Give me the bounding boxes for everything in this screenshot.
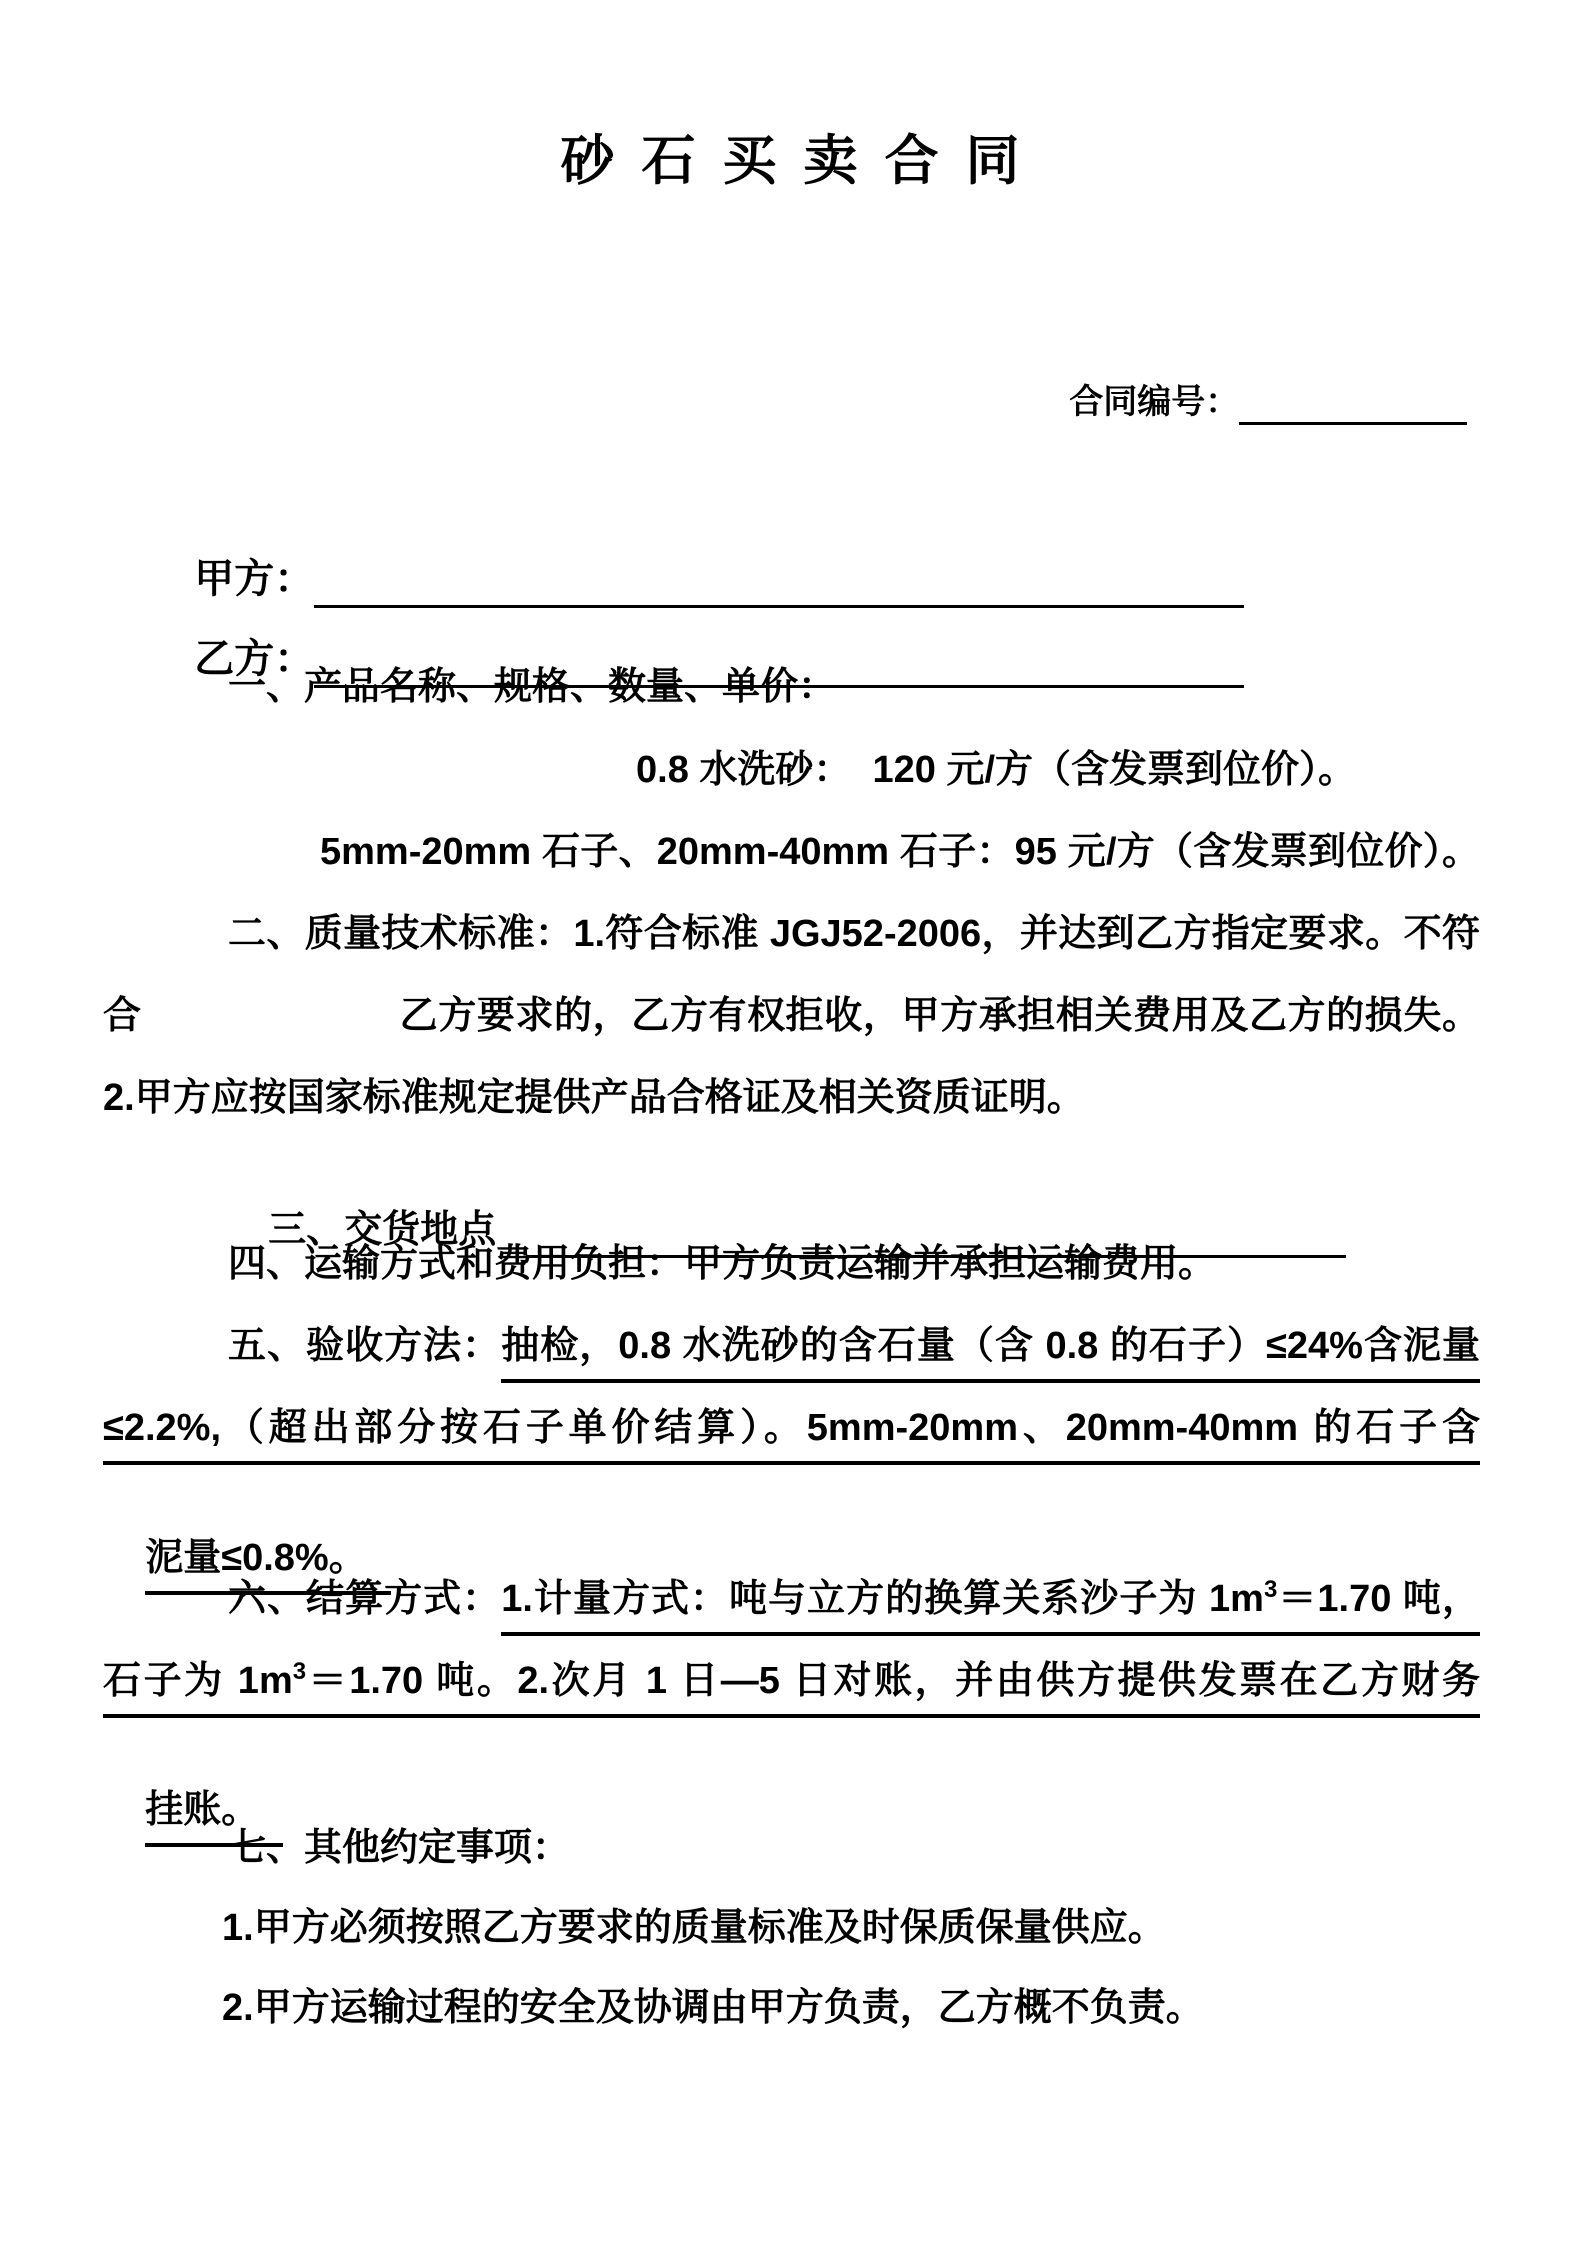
contract-page: 砂 石 买 卖 合 同 合同编号： 甲方： 乙方： 一、产品名称、规格、数量、单… [0, 0, 1586, 2244]
section1-price-line-gravel: 5mm-20mm 石子、20mm-40mm 石子：95 元/方（含发票到位价）。 [320, 829, 1480, 877]
section4-line: 四、运输方式和费用负担：甲方负责运输并承担运输费用。 [228, 1241, 1216, 1289]
party-b-row: 乙方： [152, 586, 1244, 735]
section5-label: 五、验收方法： [228, 1325, 501, 1367]
section7-item2: 2.甲方运输过程的安全及协调由甲方负责，乙方概不负责。 [222, 1985, 1204, 2033]
contract-number-label: 合同编号： [1069, 383, 1239, 421]
section6-line1-text-pre: 1.计量方式：吨与立方的换算关系沙子为 1m [501, 1578, 1264, 1620]
section6-line1: 六、结算方式：1.计量方式：吨与立方的换算关系沙子为 1m3＝1.70 吨， [228, 1575, 1480, 1624]
section1-heading: 一、产品名称、规格、数量、单价： [228, 664, 836, 712]
contract-number-row: 合同编号： [1027, 330, 1467, 473]
section7-heading: 七、其他约定事项： [228, 1825, 570, 1873]
section5-line2: ≤2.2%,（超出部分按石子单价结算）。5mm-20mm、20mm-40mm 的… [103, 1405, 1480, 1453]
section5-line1: 五、验收方法：抽检，0.8 水洗砂的含石量（含 0.8 的石子）≤24%含泥量 [228, 1323, 1480, 1371]
section2-line3: 2.甲方应按国家标准规定提供产品合格证及相关资质证明。 [103, 1075, 1085, 1123]
document-title: 砂 石 买 卖 合 同 [0, 118, 1586, 195]
section2-line2-lead: 合 [103, 995, 142, 1037]
section5-line1-underlined-text: 抽检，0.8 水洗砂的含石量（含 0.8 的石子）≤24%含泥量 [501, 1325, 1480, 1383]
cubic-meter-superscript: 3 [1264, 1576, 1277, 1603]
section6-line2-underlined-text: 石子为 1m3＝1.70 吨。2.次月 1 日—5 日对账，并由供方提供发票在乙… [103, 1660, 1480, 1718]
contract-number-blank-field[interactable] [1239, 387, 1467, 425]
section6-line2: 石子为 1m3＝1.70 吨。2.次月 1 日—5 日对账，并由供方提供发票在乙… [103, 1657, 1480, 1706]
section1-price-line-sand: 0.8 水洗砂： 120 元/方（含发票到位价）。 [636, 747, 1356, 795]
section2-line2-rest: 乙方要求的，乙方有权拒收，甲方承担相关费用及乙方的损失。 [400, 995, 1480, 1037]
section6-label: 六、结算方式： [228, 1578, 501, 1620]
section6-line2-text-post: ＝1.70 吨。2.次月 1 日—5 日对账，并由供方提供发票在乙方财务 [306, 1660, 1480, 1702]
section6-line1-underlined-text: 1.计量方式：吨与立方的换算关系沙子为 1m3＝1.70 吨， [501, 1578, 1480, 1636]
section6-line2-text-pre: 石子为 1m [103, 1660, 293, 1702]
section6-line1-text-post: ＝1.70 吨， [1277, 1578, 1480, 1620]
cubic-meter-superscript: 3 [293, 1658, 306, 1685]
section7-item1: 1.甲方必须按照乙方要求的质量标准及时保质保量供应。 [222, 1905, 1166, 1953]
section2-line1: 二、质量技术标准：1.符合标准 JGJ52-2006，并达到乙方指定要求。不符 [228, 911, 1480, 959]
section5-line2-underlined-text: ≤2.2%,（超出部分按石子单价结算）。5mm-20mm、20mm-40mm 的… [103, 1407, 1480, 1465]
section2-line2: 合乙方要求的，乙方有权拒收，甲方承担相关费用及乙方的损失。 [103, 993, 1480, 1041]
